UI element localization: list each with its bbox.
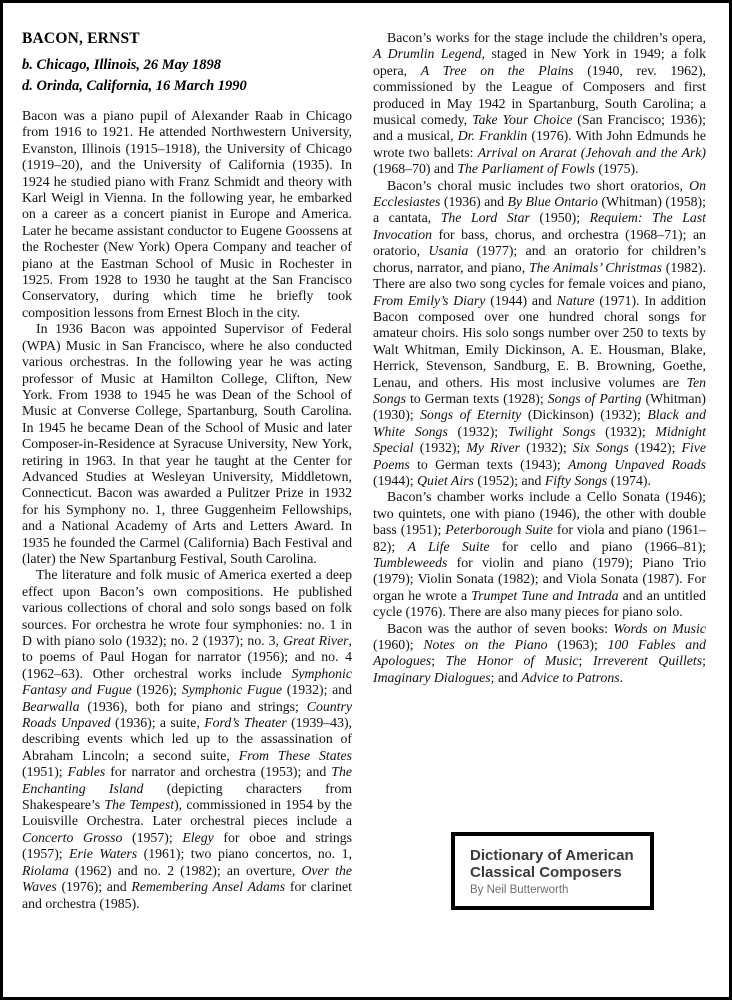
two-column-layout: BACON, ERNST b. Chicago, Illinois, 26 Ma…	[3, 3, 729, 912]
paragraph: The literature and folk music of America…	[22, 567, 352, 912]
paragraph: Bacon was a piano pupil of Alexander Raa…	[22, 108, 352, 321]
attribution-box: Dictionary of American Classical Compose…	[451, 832, 654, 910]
entry-name: BACON, ERNST	[22, 30, 352, 48]
left-column-text: Bacon was a piano pupil of Alexander Raa…	[22, 108, 352, 912]
book-byline: By Neil Butterworth	[470, 884, 640, 896]
birth-line: b. Chicago, Illinois, 26 May 1898	[22, 55, 352, 76]
paragraph: Bacon’s chamber works include a Cello So…	[373, 489, 706, 620]
paragraph: Bacon’s choral music includes two short …	[373, 178, 706, 490]
right-column: Bacon’s works for the stage include the …	[373, 30, 706, 912]
entry-header: BACON, ERNST b. Chicago, Illinois, 26 Ma…	[22, 30, 352, 97]
book-title-line1: Dictionary of American	[470, 848, 640, 865]
paragraph: Bacon’s works for the stage include the …	[373, 30, 706, 178]
book-title-line2: Classical Composers	[470, 865, 640, 882]
book-title: Dictionary of American Classical Compose…	[470, 848, 640, 881]
right-column-text: Bacon’s works for the stage include the …	[373, 30, 706, 686]
left-column: BACON, ERNST b. Chicago, Illinois, 26 Ma…	[22, 30, 352, 912]
paragraph: In 1936 Bacon was appointed Supervisor o…	[22, 321, 352, 567]
death-line: d. Orinda, California, 16 March 1990	[22, 76, 352, 97]
dictionary-page: BACON, ERNST b. Chicago, Illinois, 26 Ma…	[0, 0, 732, 1000]
paragraph: Bacon was the author of seven books: Wor…	[373, 621, 706, 687]
